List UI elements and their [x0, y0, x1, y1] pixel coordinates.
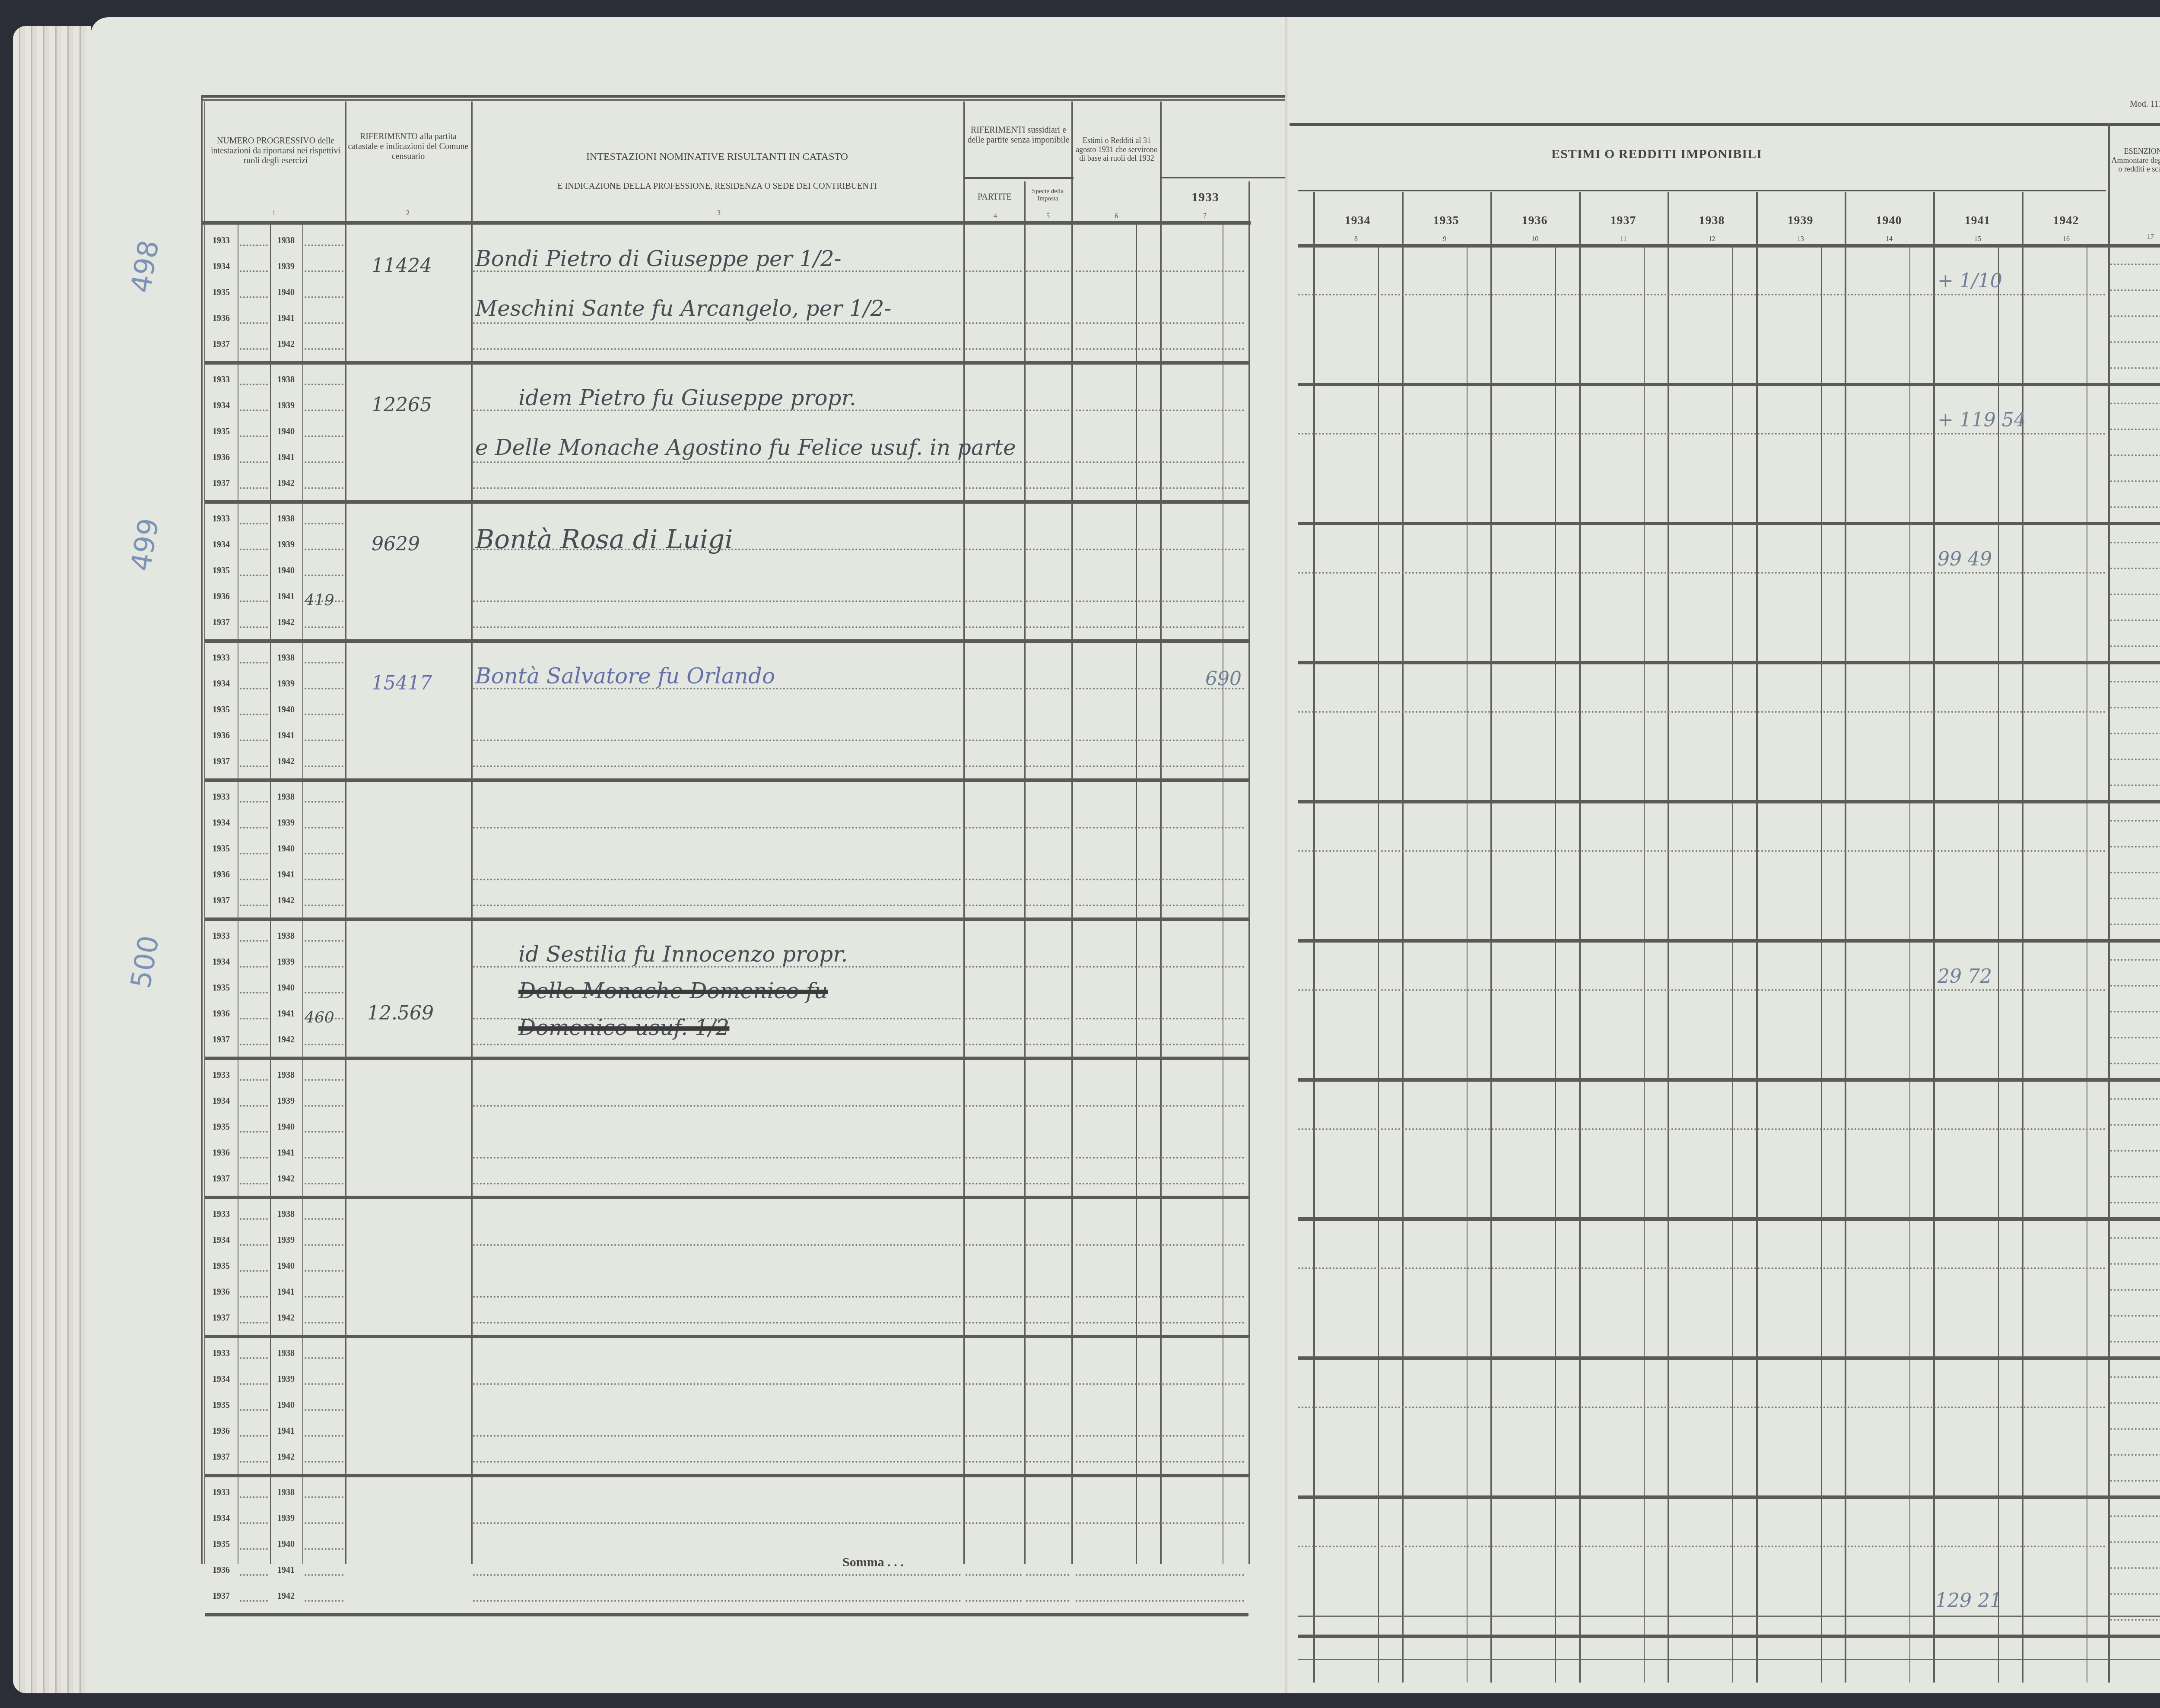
- dotted-rule: [2110, 1541, 2160, 1543]
- partita-number: 12265: [372, 394, 432, 416]
- value-1941: + 119 54: [1938, 409, 2026, 431]
- dotted-rule: [966, 270, 1022, 272]
- year-col-num: 13: [1797, 235, 1804, 243]
- col1-sub-b: [270, 225, 271, 1564]
- entry-separator: [205, 1196, 1248, 1199]
- cents-divider: [1467, 246, 1468, 1683]
- dotted-rule: [1076, 1183, 1244, 1184]
- year-label: 1936: [213, 1009, 230, 1019]
- dotted-leader: [240, 853, 268, 854]
- year-label: 1939: [277, 957, 295, 967]
- dotted-rule: [1076, 1600, 1244, 1602]
- year-label: 1935: [213, 844, 230, 854]
- header-rif-group: RIFERIMENTI sussidiari e delle partite s…: [966, 125, 1071, 145]
- somma-rule-top: [1298, 1616, 2160, 1617]
- dotted-rule: [966, 879, 1022, 880]
- dotted-rule: [1076, 1522, 1244, 1524]
- year-label: 1942: [277, 340, 295, 349]
- year-col-border: [1845, 192, 1846, 1683]
- dotted-leader: [240, 1522, 268, 1524]
- dotted-rule: [473, 1183, 961, 1184]
- dotted-rule: [966, 348, 1022, 350]
- entry-separator: [1298, 1356, 2160, 1360]
- dotted-rule: [473, 1157, 961, 1159]
- dotted-leader: [305, 1357, 343, 1359]
- dotted-rule: [2110, 872, 2160, 873]
- year-label: 1938: [277, 931, 295, 941]
- year-col-header: 1939: [1756, 214, 1845, 228]
- cents-divider: [1644, 246, 1645, 1683]
- year-label: 1934: [213, 1514, 230, 1524]
- year-label: 1936: [213, 592, 230, 602]
- dotted-rule: [2110, 733, 2160, 734]
- year-label: 1934: [213, 1375, 230, 1384]
- entry-separator: [1298, 1217, 2160, 1221]
- dotted-rule: [2110, 924, 2160, 925]
- dotted-rule: [1298, 1546, 2106, 1547]
- dotted-leader: [240, 688, 268, 689]
- dotted-rule: [2110, 1124, 2160, 1126]
- right-page: Mod. 111 - Imposte Dirette (Intercalare)…: [1290, 17, 2160, 1693]
- dotted-rule: [966, 1435, 1022, 1437]
- entry-separator: [205, 1474, 1248, 1477]
- entry-separator: [1298, 383, 2160, 386]
- dotted-rule: [1298, 1128, 2106, 1130]
- dotted-leader: [240, 1548, 268, 1550]
- year-label: 1942: [277, 1174, 295, 1184]
- dotted-rule: [966, 905, 1022, 906]
- dotted-rule: [1026, 1157, 1069, 1159]
- year-label: 1940: [277, 1122, 295, 1132]
- header-col7-num: 7: [1203, 213, 1207, 220]
- year-label: 1942: [277, 479, 295, 489]
- col-sep-3-4: [963, 102, 965, 1564]
- dotted-leader: [240, 966, 268, 968]
- dotted-rule: [1076, 600, 1244, 602]
- dotted-leader: [305, 1574, 343, 1576]
- year-label: 1941: [277, 731, 295, 741]
- dotted-rule: [2110, 1428, 2160, 1430]
- dotted-rule: [2110, 1202, 2160, 1203]
- left-page: NUMERO PROGRESSIVO delle intestazioni da…: [91, 17, 1290, 1693]
- year-label: 1935: [213, 427, 230, 437]
- taxpayer-line: Meschini Sante fu Arcangelo, per 1/2-: [475, 296, 891, 321]
- col-sep-5-6: [1071, 102, 1073, 1564]
- dotted-rule: [473, 1461, 961, 1463]
- header-col6-num: 6: [1115, 213, 1118, 220]
- dotted-rule: [1076, 626, 1244, 628]
- dotted-rule: [473, 348, 961, 350]
- dotted-leader: [240, 1600, 268, 1602]
- dotted-leader: [305, 1270, 343, 1272]
- dotted-rule: [1026, 765, 1069, 767]
- dotted-leader: [240, 487, 268, 489]
- dotted-rule: [1076, 322, 1244, 324]
- entry-separator: [1298, 661, 2160, 664]
- dotted-rule: [2110, 1341, 2160, 1343]
- dotted-leader: [305, 1105, 343, 1107]
- dotted-rule: [966, 1244, 1022, 1246]
- dotted-rule: [1076, 1157, 1244, 1159]
- dotted-rule: [1076, 1574, 1244, 1576]
- col1-sub-c: [302, 225, 303, 1564]
- entry-separator: [1298, 1635, 2160, 1638]
- dotted-leader: [305, 940, 343, 942]
- year-label: 1937: [213, 1313, 230, 1323]
- year-label: 1938: [277, 1070, 295, 1080]
- dotted-rule: [2110, 1480, 2160, 1482]
- dotted-rule: [1076, 1322, 1244, 1324]
- year-col-num: 16: [2063, 235, 2070, 243]
- dotted-rule: [1026, 626, 1069, 628]
- year-label: 1941: [277, 592, 295, 602]
- col7-cents-sep: [1223, 225, 1223, 1564]
- dotted-rule: [473, 322, 961, 324]
- year-label: 1935: [213, 1261, 230, 1271]
- dotted-leader: [305, 879, 343, 880]
- dotted-rule: [1076, 1244, 1244, 1246]
- dotted-leader: [240, 322, 268, 324]
- year-label: 1939: [277, 540, 295, 550]
- taxpayer-line: Bondi Pietro di Giuseppe per 1/2-: [475, 246, 842, 271]
- dotted-rule: [1076, 827, 1244, 829]
- partita-number: 12.569: [367, 1002, 434, 1024]
- col-sep-2-3: [471, 102, 473, 1564]
- year-label: 1937: [213, 896, 230, 906]
- dotted-rule: [1026, 905, 1069, 906]
- dotted-leader: [305, 296, 343, 298]
- dotted-rule: [2110, 1063, 2160, 1064]
- year-label: 1937: [213, 1035, 230, 1045]
- dotted-leader: [240, 1383, 268, 1385]
- dotted-rule: [966, 765, 1022, 767]
- dotted-leader: [240, 549, 268, 550]
- dotted-rule: [2110, 1454, 2160, 1456]
- dotted-rule: [966, 1600, 1022, 1602]
- dotted-rule: [966, 487, 1022, 489]
- year-label: 1933: [213, 1210, 230, 1219]
- dotted-rule: [1076, 905, 1244, 906]
- dotted-rule: [1076, 410, 1244, 411]
- dotted-rule: [1076, 1435, 1244, 1437]
- dotted-rule: [1298, 711, 2106, 713]
- dotted-leader: [305, 765, 343, 767]
- year-col-border: [1402, 192, 1404, 1683]
- dotted-leader: [240, 384, 268, 385]
- year-label: 1935: [213, 1122, 230, 1132]
- year-label: 1936: [213, 453, 230, 463]
- dotted-leader: [240, 1461, 268, 1463]
- year-col-num: 10: [1531, 235, 1538, 243]
- year-col-border: [1579, 192, 1581, 1683]
- year-col-border: [1756, 192, 1758, 1683]
- year-col-header: 1935: [1402, 214, 1490, 228]
- margin-entry-number: 499: [125, 516, 165, 573]
- dotted-leader: [305, 487, 343, 489]
- year-label: 1940: [277, 983, 295, 993]
- header-esenzioni-num: 17: [2147, 233, 2154, 241]
- frame-top-inner: [201, 99, 1320, 101]
- dotted-leader: [305, 322, 343, 324]
- dotted-rule: [473, 1044, 961, 1045]
- dotted-leader: [240, 1270, 268, 1272]
- header-col6: Estimi o Redditi al 31 agosto 1931 che s…: [1074, 136, 1160, 163]
- dotted-leader: [240, 296, 268, 298]
- header-col3-num: 3: [717, 210, 721, 217]
- year-label: 1940: [277, 566, 295, 576]
- year-label: 1937: [213, 757, 230, 767]
- year-label: 1940: [277, 1400, 295, 1410]
- dotted-leader: [305, 1383, 343, 1385]
- dotted-rule: [2110, 568, 2160, 569]
- dotted-leader: [305, 523, 343, 524]
- entry-separator: [205, 778, 1248, 782]
- year-label: 1936: [213, 1565, 230, 1575]
- dotted-rule: [1026, 549, 1069, 550]
- dotted-rule: [2110, 1402, 2160, 1404]
- dotted-leader: [305, 1044, 343, 1045]
- frame-left: [201, 95, 203, 1564]
- year-label: 1939: [277, 818, 295, 828]
- dotted-rule: [1076, 1044, 1244, 1045]
- dotted-rule: [966, 1044, 1022, 1045]
- header-col1: NUMERO PROGRESSIVO delle intestazioni da…: [206, 136, 345, 166]
- year-label: 1937: [213, 1452, 230, 1462]
- dotted-leader: [240, 523, 268, 524]
- entry-separator: [1298, 800, 2160, 803]
- dotted-rule: [473, 1435, 961, 1437]
- year-label: 1941: [277, 314, 295, 324]
- dotted-rule: [1026, 348, 1069, 350]
- dotted-rule: [2110, 594, 2160, 595]
- dotted-rule: [473, 879, 961, 880]
- dotted-rule: [966, 461, 1022, 463]
- dotted-leader: [305, 626, 343, 628]
- frame-top: [201, 95, 1320, 98]
- dotted-rule: [966, 1461, 1022, 1463]
- dotted-leader: [240, 461, 268, 463]
- year-label: 1941: [277, 1287, 295, 1297]
- dotted-rule: [473, 1244, 961, 1246]
- year-label: 1934: [213, 679, 230, 689]
- year-label: 1938: [277, 1488, 295, 1498]
- dotted-leader: [305, 714, 343, 715]
- dotted-rule: [1026, 1461, 1069, 1463]
- dotted-rule: [966, 1018, 1022, 1019]
- dotted-leader: [240, 1244, 268, 1246]
- year-label: 1933: [213, 375, 230, 385]
- dotted-rule: [1026, 879, 1069, 880]
- dotted-leader: [305, 461, 343, 463]
- dotted-rule: [2110, 1011, 2160, 1013]
- dotted-rule: [1076, 1018, 1244, 1019]
- year-label: 1937: [213, 479, 230, 489]
- year-label: 1941: [277, 1148, 295, 1158]
- dotted-leader: [305, 740, 343, 741]
- year-col-num: 9: [1443, 235, 1446, 243]
- year-col-border: [1933, 192, 1935, 1683]
- dotted-rule: [1026, 740, 1069, 741]
- dotted-leader: [305, 549, 343, 550]
- header-col7-year: 1933: [1162, 190, 1248, 205]
- dotted-leader: [240, 879, 268, 880]
- dotted-rule: [2110, 985, 2160, 987]
- dotted-rule: [966, 410, 1022, 411]
- dotted-leader: [305, 1218, 343, 1220]
- header-col5: Specie della Imposta: [1025, 188, 1070, 203]
- year-label: 1935: [213, 983, 230, 993]
- dotted-rule: [473, 487, 961, 489]
- year-col-num: 11: [1620, 235, 1626, 243]
- dotted-rule: [1026, 1296, 1069, 1298]
- dotted-rule: [2110, 454, 2160, 456]
- year-label: 1940: [277, 844, 295, 854]
- taxpayer-line: id Sestilia fu Innocenzo propr.: [518, 942, 848, 967]
- dotted-leader: [240, 1409, 268, 1411]
- year-label: 1933: [213, 653, 230, 663]
- dotted-rule: [2110, 820, 2160, 822]
- dotted-rule: [1026, 461, 1069, 463]
- dotted-rule: [2110, 403, 2160, 404]
- year-col-header: 1942: [2022, 214, 2110, 228]
- dotted-rule: [2110, 1515, 2160, 1517]
- header-group-title: ESTIMI O REDDITI IMPONIBILI: [1419, 147, 1894, 162]
- dotted-rule: [1076, 1461, 1244, 1463]
- dotted-rule: [1026, 688, 1069, 689]
- dotted-rule: [1076, 487, 1244, 489]
- dotted-rule: [2110, 784, 2160, 786]
- cents-divider: [1555, 246, 1556, 1683]
- dotted-rule: [473, 1522, 961, 1524]
- year-label: 1939: [277, 1235, 295, 1245]
- year-label: 1935: [213, 1540, 230, 1549]
- dotted-leader: [240, 1044, 268, 1045]
- somma-rule-bottom: [1298, 1659, 2160, 1660]
- dotted-leader: [305, 384, 343, 385]
- year-label: 1934: [213, 957, 230, 967]
- dotted-rule: [1026, 1044, 1069, 1045]
- dotted-rule: [2110, 846, 2160, 848]
- year-col-header: 1938: [1668, 214, 1756, 228]
- dotted-rule: [473, 905, 961, 906]
- dotted-leader: [240, 575, 268, 576]
- dotted-rule: [1076, 1105, 1244, 1107]
- header-bottom-rule: [201, 221, 1251, 225]
- dotted-leader: [240, 1018, 268, 1019]
- somma-1941: 129 21: [1935, 1590, 2002, 1612]
- dotted-leader: [305, 688, 343, 689]
- dotted-leader: [305, 662, 343, 664]
- dotted-leader: [305, 801, 343, 803]
- year-label: 1940: [277, 427, 295, 437]
- dotted-rule: [1298, 294, 2106, 295]
- dotted-rule: [1076, 549, 1244, 550]
- dotted-rule: [1026, 966, 1069, 968]
- dotted-leader: [305, 1409, 343, 1411]
- year-label: 1936: [213, 314, 230, 324]
- year-label: 1933: [213, 931, 230, 941]
- dotted-leader: [240, 662, 268, 664]
- dotted-rule: [1026, 1105, 1069, 1107]
- dotted-rule: [1026, 600, 1069, 602]
- header-col2: RIFERIMENTO alla partita catastale e ind…: [348, 132, 469, 162]
- entry-separator: [205, 1335, 1248, 1338]
- dotted-leader: [305, 1244, 343, 1246]
- year-label: 1939: [277, 679, 295, 689]
- year-col-num: 15: [1974, 235, 1981, 243]
- entry-separator: [205, 500, 1248, 504]
- year-label: 1937: [213, 618, 230, 628]
- year-label: 1935: [213, 705, 230, 715]
- dotted-leader: [305, 853, 343, 854]
- side-note: 460: [305, 1009, 334, 1026]
- esenzioni-border: [2108, 123, 2110, 1683]
- dotted-rule: [473, 740, 961, 741]
- dotted-rule: [2110, 264, 2160, 265]
- dotted-rule: [2110, 1237, 2160, 1239]
- year-label: 1937: [213, 1591, 230, 1601]
- cents-divider: [1998, 246, 1999, 1683]
- dotted-leader: [240, 1322, 268, 1324]
- year-col-num: 8: [1354, 235, 1358, 243]
- dotted-rule: [2110, 1567, 2160, 1569]
- col1-sub-a: [238, 225, 238, 1564]
- dotted-rule: [966, 600, 1022, 602]
- dotted-rule: [473, 1600, 961, 1602]
- dotted-rule: [1298, 433, 2106, 435]
- dotted-leader: [305, 1079, 343, 1081]
- value-1941: 29 72: [1938, 965, 1992, 987]
- year-label: 1939: [277, 1096, 295, 1106]
- dotted-rule: [966, 1183, 1022, 1184]
- dotted-leader: [305, 1183, 343, 1184]
- dotted-leader: [305, 827, 343, 829]
- dotted-rule: [2110, 341, 2160, 343]
- partita-number: 11424: [372, 255, 432, 277]
- dotted-leader: [305, 1548, 343, 1550]
- dotted-rule: [1298, 1406, 2106, 1408]
- dotted-rule: [1298, 572, 2106, 574]
- dotted-leader: [240, 1496, 268, 1498]
- entry-separator: [1298, 1495, 2160, 1499]
- year-label: 1933: [213, 1349, 230, 1359]
- partita-number: 15417: [372, 672, 432, 694]
- dotted-rule: [2110, 506, 2160, 508]
- year-col-header: 1937: [1579, 214, 1668, 228]
- year-col-border: [1668, 192, 1669, 1683]
- frame-left-inner: [204, 102, 205, 1564]
- taxpayer-line: Domenico usuf. 1/2: [518, 1015, 729, 1040]
- dotted-rule: [2110, 1619, 2160, 1621]
- year-label: 1940: [277, 705, 295, 715]
- dotted-rule: [966, 322, 1022, 324]
- dotted-leader: [240, 626, 268, 628]
- col-sep-1-2: [345, 102, 346, 1564]
- margin-entry-number: 500: [125, 933, 165, 991]
- year-label: 1934: [213, 818, 230, 828]
- year-label: 1935: [213, 1400, 230, 1410]
- dotted-leader: [305, 1131, 343, 1133]
- dotted-leader: [305, 905, 343, 906]
- year-label: 1940: [277, 1540, 295, 1549]
- dotted-rule: [1026, 1322, 1069, 1324]
- year-col-header: 1941: [1933, 214, 2022, 228]
- year-label: 1937: [213, 340, 230, 349]
- dotted-leader: [305, 992, 343, 994]
- year-label: 1933: [213, 792, 230, 802]
- dotted-rule: [1298, 850, 2106, 852]
- year-label: 1936: [213, 870, 230, 880]
